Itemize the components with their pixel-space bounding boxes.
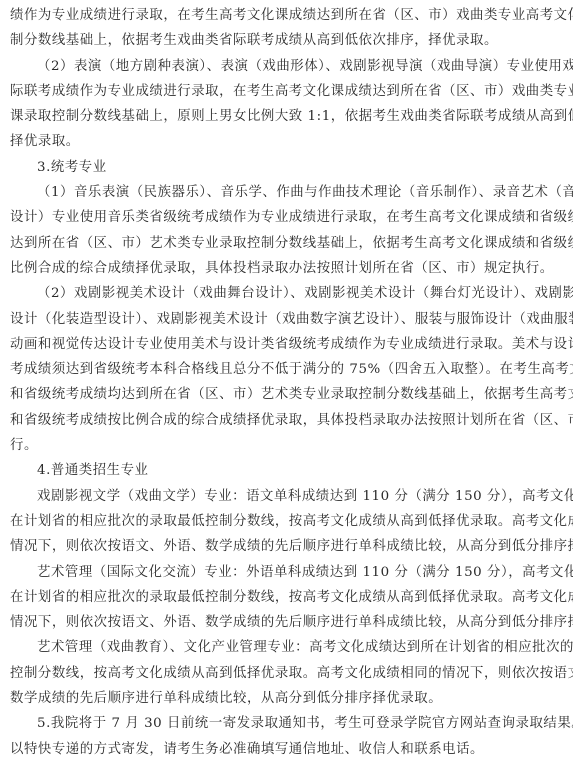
heading-text: 3.统考专业: [10, 155, 563, 180]
text-line: 比例合成的综合成绩择优录取，具体投档录取办法按照计划所在省（区、市）规定执行。: [10, 256, 563, 281]
text-line: 控制分数线，按高考文化成绩从高到低择优录取。高考文化成绩相同的情况下，则依次按语…: [10, 661, 563, 686]
text-line: 绩作为专业成绩进行录取，在考生高考文化课成绩达到所在省（区、市）戏曲类专业高考文…: [10, 3, 563, 28]
text-line: 戏剧影视文学（戏曲文学）专业：语文单科成绩达到 110 分（满分 150 分），…: [10, 484, 563, 509]
text-line: 在计划省的相应批次的录取最低控制分数线，按高考文化成绩从高到低择优录取。高考文化…: [10, 585, 563, 610]
text-line: 择优录取。: [10, 129, 563, 154]
text-line: 设计（化装造型设计）、戏剧影视美术设计（戏曲数字演艺设计）、服装与服饰设计（戏曲…: [10, 307, 563, 332]
text-line: 际联考成绩作为专业成绩进行录取，在考生高考文化课成绩达到所在省（区、市）戏曲类专…: [10, 79, 563, 104]
paragraph-opera-1-tail: 绩作为专业成绩进行录取，在考生高考文化课成绩达到所在省（区、市）戏曲类专业高考文…: [10, 3, 563, 54]
text-line: 考成绩须达到省级统考本科合格线且总分不低于满分的 75%（四舍五入取整）。在考生…: [10, 357, 563, 382]
paragraph-unified-2: （2）戏剧影视美术设计（戏曲舞台设计）、戏剧影视美术设计（舞台灯光设计）、戏剧影…: [10, 281, 563, 458]
paragraph-general-1: 戏剧影视文学（戏曲文学）专业：语文单科成绩达到 110 分（满分 150 分），…: [10, 484, 563, 560]
text-line: 课录取控制分数线基础上，原则上男女比例大致 1:1，依据考生戏曲类省际联考成绩从…: [10, 104, 563, 129]
document-page: 绩作为专业成绩进行录取，在考生高考文化课成绩达到所在省（区、市）戏曲类专业高考文…: [0, 0, 573, 762]
text-line: 达到所在省（区、市）艺术类专业录取控制分数线基础上，依据考生高考文化课成绩和省级…: [10, 231, 563, 256]
text-line: 以特快专递的方式寄发，请考生务必准确填写通信地址、收信人和联系电话。: [10, 737, 563, 762]
text-line: （1）音乐表演（民族器乐）、音乐学、作曲与作曲技术理论（音乐制作）、录音艺术（音…: [10, 180, 563, 205]
section-heading-unified: 3.统考专业: [10, 155, 563, 180]
text-line: 动画和视觉传达设计专业使用美术与设计类省级统考成绩作为专业成绩进行录取。美术与设…: [10, 332, 563, 357]
text-line: 数学成绩的先后顺序进行单科成绩比较，从高分到低分排序择优录取。: [10, 686, 563, 711]
text-line: 艺术管理（国际文化交流）专业：外语单科成绩达到 110 分（满分 150 分），…: [10, 560, 563, 585]
text-line: （2）表演（地方剧种表演）、表演（戏曲形体）、戏剧影视导演（戏曲导演）专业使用戏…: [10, 54, 563, 79]
text-line: 行。: [10, 433, 563, 458]
text-line: （2）戏剧影视美术设计（戏曲舞台设计）、戏剧影视美术设计（舞台灯光设计）、戏剧影…: [10, 281, 563, 306]
text-line: 情况下，则依次按语文、外语、数学成绩的先后顺序进行单科成绩比较，从高分到低分排序…: [10, 610, 563, 635]
text-line: 情况下，则依次按语文、外语、数学成绩的先后顺序进行单科成绩比较，从高分到低分排序…: [10, 534, 563, 559]
text-line: 5.我院将于 7 月 30 日前统一寄发录取通知书，考生可登录学院官方网站查询录…: [10, 711, 563, 736]
heading-text: 4.普通类招生专业: [10, 458, 563, 483]
paragraph-notice: 5.我院将于 7 月 30 日前统一寄发录取通知书，考生可登录学院官方网站查询录…: [10, 711, 563, 762]
text-line: 和省级统考成绩按比例合成的综合成绩择优录取，具体投档录取办法按照计划所在省（区、…: [10, 408, 563, 433]
text-line: 艺术管理（戏曲教育）、文化产业管理专业：高考文化成绩达到所在计划省的相应批次的录…: [10, 635, 563, 660]
text-line: 制分数线基础上，依据考生戏曲类省际联考成绩从高到低依次排序，择优录取。: [10, 28, 563, 53]
text-line: 和省级统考成绩均达到所在省（区、市）艺术类专业录取控制分数线基础上，依据考生高考…: [10, 382, 563, 407]
paragraph-general-3: 艺术管理（戏曲教育）、文化产业管理专业：高考文化成绩达到所在计划省的相应批次的录…: [10, 635, 563, 711]
text-line: 设计）专业使用音乐类省级统考成绩作为专业成绩进行录取，在考生高考文化课成绩和省级…: [10, 205, 563, 230]
section-heading-general: 4.普通类招生专业: [10, 458, 563, 483]
paragraph-general-2: 艺术管理（国际文化交流）专业：外语单科成绩达到 110 分（满分 150 分），…: [10, 560, 563, 636]
paragraph-unified-1: （1）音乐表演（民族器乐）、音乐学、作曲与作曲技术理论（音乐制作）、录音艺术（音…: [10, 180, 563, 281]
text-line: 在计划省的相应批次的录取最低控制分数线，按高考文化成绩从高到低择优录取。高考文化…: [10, 509, 563, 534]
paragraph-opera-2: （2）表演（地方剧种表演）、表演（戏曲形体）、戏剧影视导演（戏曲导演）专业使用戏…: [10, 54, 563, 155]
